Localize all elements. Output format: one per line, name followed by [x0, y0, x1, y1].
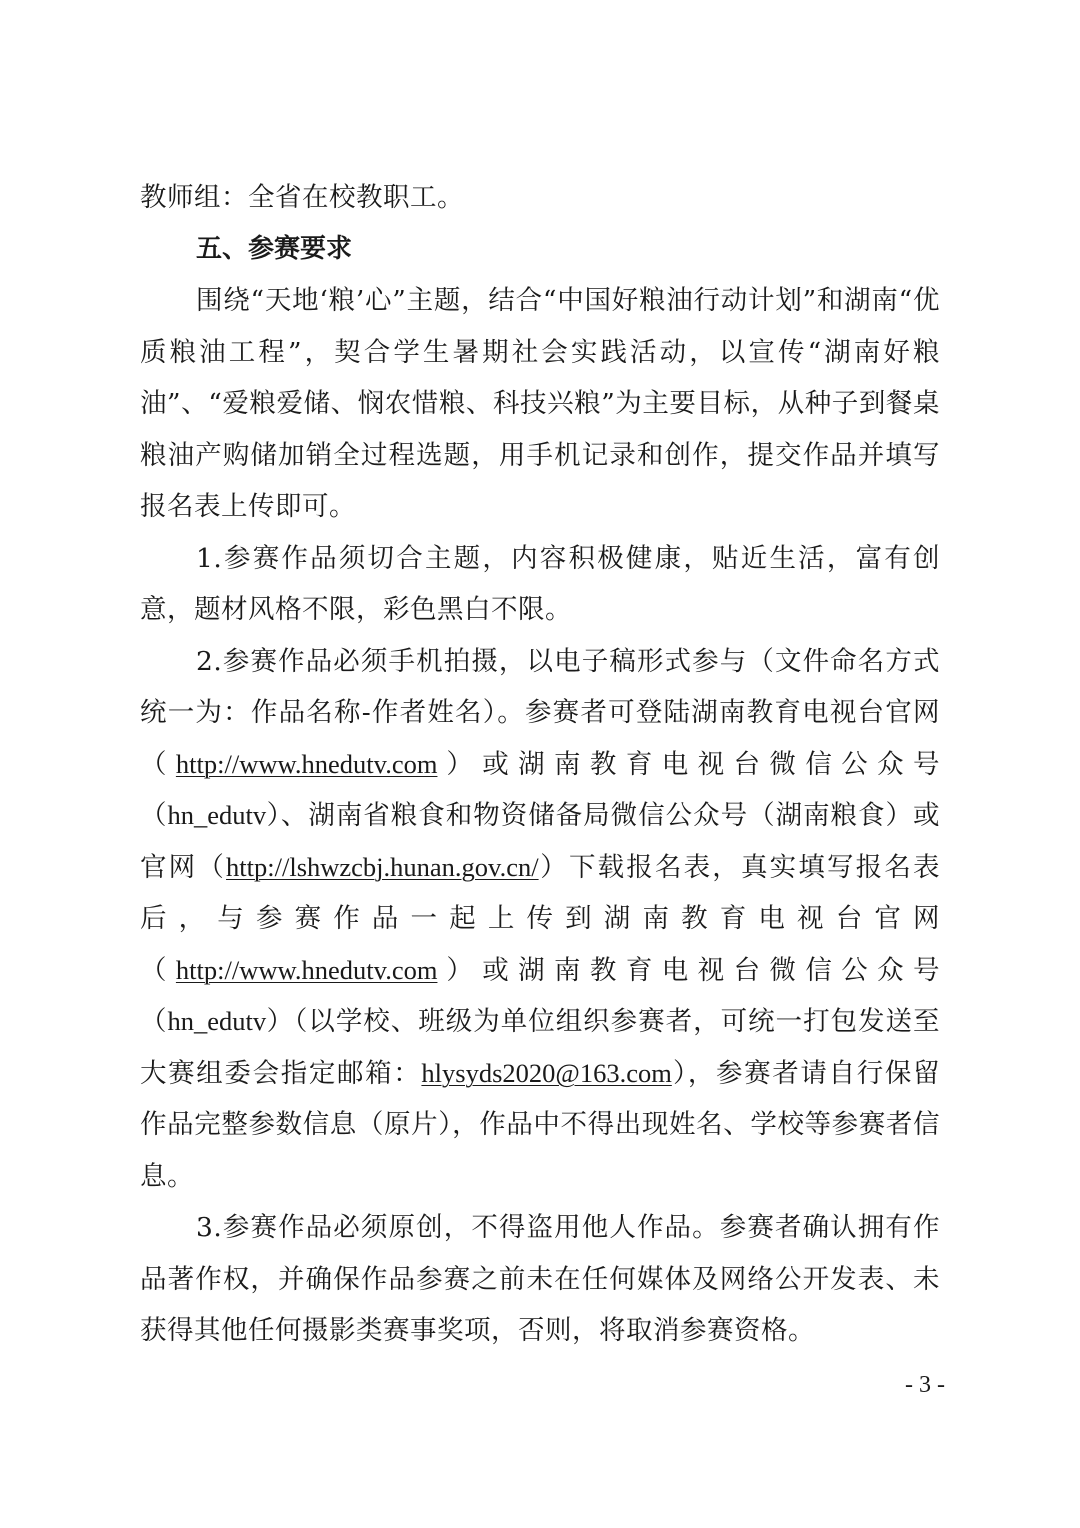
requirement-item-2: 2.参赛作品必须手机拍摄，以电子稿形式参与（文件命名方式统一为：作品名称-作者姓… — [140, 636, 940, 1203]
requirement-item-1: 1.参赛作品须切合主题，内容积极健康，贴近生活，富有创意，题材风格不限，彩色黑白… — [140, 533, 940, 636]
contest-email-link[interactable]: hlysyds2020@163.com — [421, 1058, 671, 1088]
wechat-account-1: hn_edutv — [168, 800, 267, 830]
document-page: 教师组：全省在校教职工。 五、参赛要求 围绕“天地‘粮’心”主题，结合“中国好粮… — [140, 172, 940, 1357]
requirement-item-3: 3.参赛作品必须原创，不得盗用他人作品。参赛者确认拥有作品著作权，并确保作品参赛… — [140, 1202, 940, 1357]
requirements-paragraph: 围绕“天地‘粮’心”主题，结合“中国好粮油行动计划”和湖南“优质粮油工程”，契合… — [140, 275, 940, 533]
page-number: - 3 - — [905, 1372, 945, 1399]
grain-bureau-website-link[interactable]: http://lshwzcbj.hunan.gov.cn/ — [226, 852, 539, 882]
section-heading: 五、参赛要求 — [140, 224, 940, 276]
hnedutv-website-link[interactable]: http://www.hnedutv.com — [176, 749, 438, 779]
hnedutv-website-link-2[interactable]: http://www.hnedutv.com — [176, 955, 438, 985]
teacher-group-line: 教师组：全省在校教职工。 — [140, 172, 940, 224]
wechat-account-2: hn_edutv — [168, 1006, 267, 1036]
